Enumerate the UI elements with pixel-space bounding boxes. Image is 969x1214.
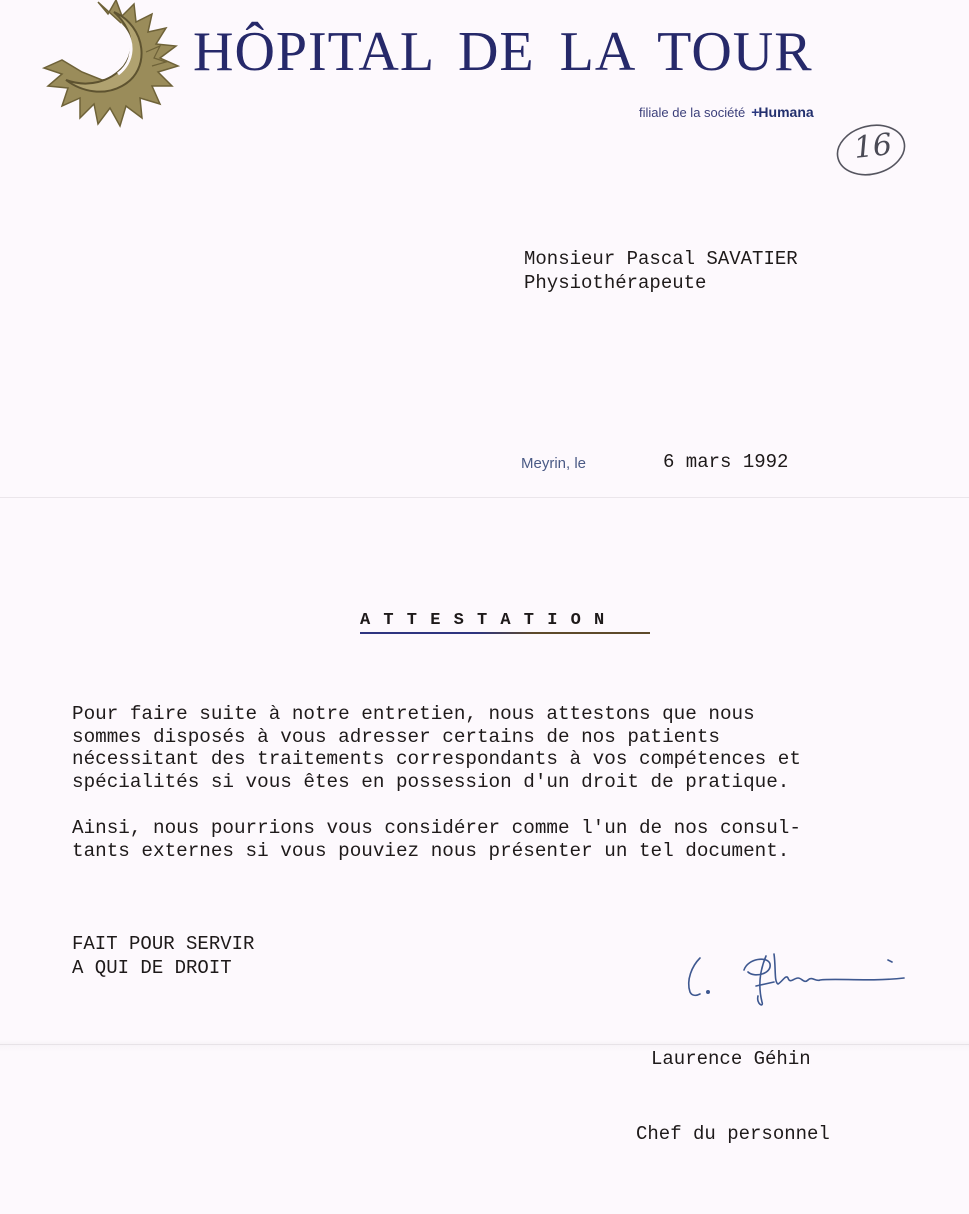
body-paragraph-2: Ainsi, nous pourrions vous considérer co… xyxy=(72,817,801,862)
title-underline xyxy=(360,632,650,634)
place-label: Meyrin, le xyxy=(521,455,586,472)
recipient-title: Physiothérapeute xyxy=(524,272,706,294)
sun-moon-emblem-icon xyxy=(36,0,186,130)
body-line: Ainsi, nous pourrions vous considérer co… xyxy=(72,817,801,839)
closing-line: FAIT POUR SERVIR xyxy=(72,933,254,955)
letter-date: 6 mars 1992 xyxy=(663,451,788,473)
page-number-annotation: 16 xyxy=(833,122,909,178)
signatory-role: Chef du personnel xyxy=(636,1122,830,1147)
body-paragraph-1: Pour faire suite à notre entretien, nous… xyxy=(72,703,801,793)
letter-page: HÔPITAL DE LA TOUR filiale de la société… xyxy=(0,0,969,1214)
subsidiary-text: filiale de la société xyxy=(639,105,745,120)
closing-line: A QUI DE DROIT xyxy=(72,957,232,979)
signatory-block: Laurence Géhin Chef du personnel xyxy=(636,997,830,1197)
body-line: tants externes si vous pouviez nous prés… xyxy=(72,840,789,862)
page-number: 16 xyxy=(846,129,901,164)
body-line: sommes disposés à vous adresser certains… xyxy=(72,726,720,748)
closing-formula: FAIT POUR SERVIR A QUI DE DROIT xyxy=(72,932,254,980)
recipient-name: Monsieur Pascal SAVATIER xyxy=(524,248,798,270)
recipient-block: Monsieur Pascal SAVATIER Physiothérapeut… xyxy=(524,247,798,295)
body-line: nécessitant des traitements correspondan… xyxy=(72,748,801,770)
subsidiary-line: filiale de la société + Humana xyxy=(639,104,814,120)
document-title: ATTESTATION xyxy=(360,611,617,630)
signatory-name: Laurence Géhin xyxy=(636,1047,830,1072)
parent-company-name: Humana xyxy=(758,104,813,120)
scan-artifact-line xyxy=(0,497,969,498)
hospital-name: HÔPITAL DE LA TOUR xyxy=(193,24,813,80)
humana-logo: + Humana xyxy=(751,104,813,120)
scan-artifact-line xyxy=(0,1044,969,1045)
body-line: spécialités si vous êtes en possession d… xyxy=(72,771,789,793)
body-line: Pour faire suite à notre entretien, nous… xyxy=(72,703,755,725)
